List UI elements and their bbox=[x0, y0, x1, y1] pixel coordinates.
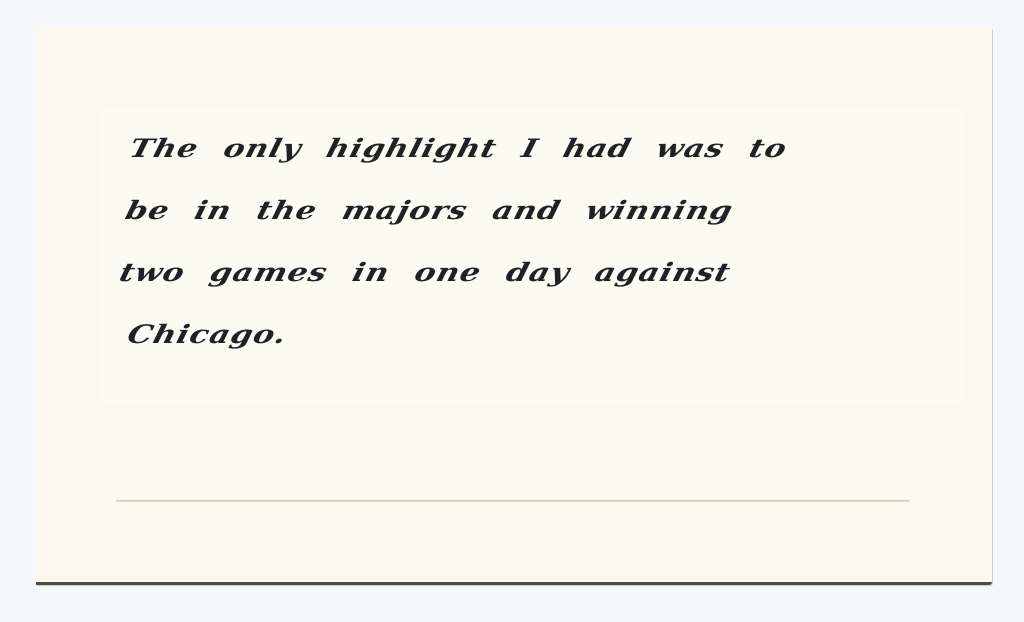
note-line-2: be in the majors and winning bbox=[120, 186, 953, 237]
note-line-1: The only highlight I had was to bbox=[124, 124, 953, 175]
embossed-signature-line bbox=[116, 500, 910, 502]
handwritten-note: The only highlight I had was to be in th… bbox=[126, 118, 946, 366]
note-card: The only highlight I had was to be in th… bbox=[36, 28, 992, 585]
note-line-4: Chicago. bbox=[122, 310, 953, 361]
note-line-3: two games in one day against bbox=[114, 248, 953, 299]
